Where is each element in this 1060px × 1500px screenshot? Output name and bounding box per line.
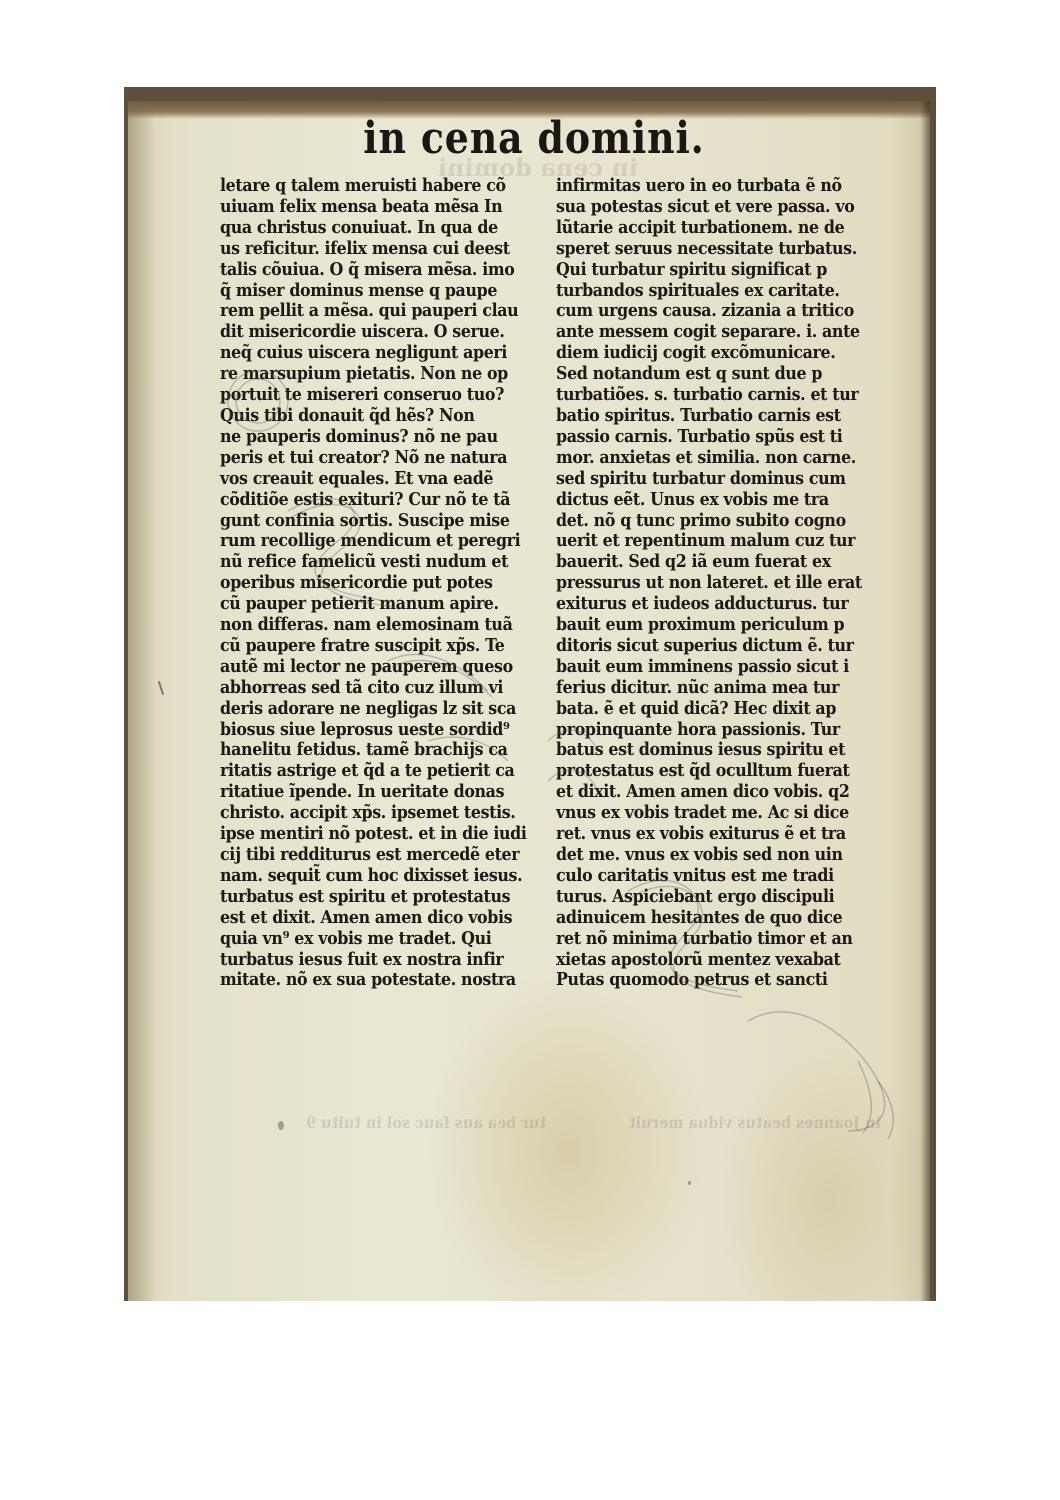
text-line: mitate. nõ ex sua potestate. nostra [220, 970, 517, 991]
text-line: culo caritatis vnitus est me tradi [556, 866, 853, 887]
text-line: cum urgens causa. zizania a tritico [556, 301, 853, 322]
text-line: qua christus conuiuat. In qua de [220, 218, 517, 239]
text-line: ne pauperis dominus? nõ ne pau [220, 427, 517, 448]
text-line: batus est dominus iesus spiritu et [556, 740, 853, 761]
text-line: sua potestas sicut et vere passa. vo [556, 197, 853, 218]
text-line: turus. Aspiciebant ergo discipuli [556, 887, 853, 908]
text-line: cõditiõe estis exituri? Cur nõ te tã [220, 490, 517, 511]
text-line: xietas apostolorũ mentez vexabat [556, 950, 853, 971]
text-line: lũtarie accipit turbationem. ne de [556, 218, 853, 239]
text-line: ferius dicitur. nũc anima mea tur [556, 678, 853, 699]
text-line: Quis tibi donauit q̃d hẽs? Non [220, 406, 517, 427]
text-line: autẽ mi lector ne pauperem queso [220, 657, 517, 678]
text-line: ritatiue ĩpende. In ueritate donas [220, 782, 517, 803]
text-line: speret seruus necessitate turbatus. [556, 239, 853, 260]
text-line: abhorreas sed tã cito cuz illum vi [220, 678, 517, 699]
text-line: nam. sequit̃ cum hoc dixisset iesus. [220, 866, 517, 887]
text-line: passio carnis. Turbatio spũs est ti [556, 427, 853, 448]
text-line: batio spiritus. Turbatio carnis est [556, 406, 853, 427]
text-line: peris et tui creator? Nõ ne natura [220, 448, 517, 469]
text-line: bauit eum proximum periculum p [556, 615, 853, 636]
paper-speck [688, 1181, 691, 1185]
text-line: turbatus est spiritu et protestatus [220, 887, 517, 908]
text-line: portuit te misereri conseruo tuo? [220, 385, 517, 406]
text-line: ditoris sicut superius dictum ẽ. tur [556, 636, 853, 657]
text-line: sed spiritu turbatur dominus cum [556, 469, 853, 490]
text-line: infirmitas uero in eo turbata ẽ nõ [556, 176, 853, 197]
text-line: bauerit. Sed q2 iã eum fuerat ex [556, 552, 853, 573]
text-line: pressurus ut non lateret. et ille erat [556, 573, 853, 594]
text-column-right: infirmitas uero in eo turbata ẽ nõ sua p… [556, 176, 886, 991]
text-line: cũ paupere fratre suscipit xp̃s. Te [220, 636, 517, 657]
text-line: operibus misericordie put potes [220, 573, 517, 594]
text-line: biosus siue leprosus ueste sordid⁹ [220, 720, 517, 741]
text-line: exiturus et iudeos adducturus. tur [556, 594, 853, 615]
text-line: hanelitu fetidus. tamẽ brachĳs ca [220, 740, 517, 761]
scanned-page: in cena domini in cena domini. letare q … [124, 87, 936, 1301]
text-column-left: letare q talem meruisti habere cõ uiuam … [220, 176, 550, 991]
bleed-through-text-left: tur bea aus fauc sol in tuitu 9 [240, 1113, 546, 1132]
text-line: non differas. nam elemosinam tuã [220, 615, 517, 636]
text-line: christo. accipit xp̃s. ipsemet testis. [220, 803, 517, 824]
text-line: diem iudicĳ cogit excõmunicare. [556, 343, 853, 364]
text-line: cĳ tibi redditurus est mercedẽ eter [220, 845, 517, 866]
text-line: adinuicem hesitantes de quo dice [556, 908, 853, 929]
text-line: turbatus iesus fuit ex nostra infir [220, 950, 517, 971]
text-line: vnus ex vobis tradet me. Ac si dice [556, 803, 853, 824]
text-line: nũ refice famelicũ vesti nudum et [220, 552, 517, 573]
text-line: det me. vnus ex vobis sed non uin [556, 845, 853, 866]
text-line: det. nõ q tunc primo subito cogno [556, 511, 853, 532]
text-line: us reficitur. ifelix mensa cui deest [220, 239, 517, 260]
spine-shadow [128, 101, 156, 1301]
text-line: ret. vnus ex vobis exiturus ẽ et tra [556, 824, 853, 845]
text-line: deris adorare ne negligas lz sit sca [220, 699, 517, 720]
text-line: Qui turbatur spiritu significat p [556, 260, 853, 281]
text-line: letare q talem meruisti habere cõ [220, 176, 517, 197]
text-line: ante messem cogit separare. i. ante [556, 322, 853, 343]
text-line: dictus eẽt. Unus ex vobis me tra [556, 490, 853, 511]
text-line: Sed notandum est q sunt due p [556, 364, 853, 385]
text-line: cũ pauper petierit manum apire. [220, 594, 517, 615]
bleed-through-text-right: in Joannes beatus vidua meruit [575, 1113, 881, 1132]
text-line: rum recollige mendicum et peregri [220, 531, 517, 552]
text-line: et dixit. Amen amen dico vobis. q2 [556, 782, 853, 803]
text-line: ret nõ minima turbatio timor et an [556, 929, 853, 950]
text-line: q̃ miser dominus mense q paupe [220, 281, 517, 302]
text-line: turbandos spirituales ex caritate. [556, 281, 853, 302]
text-line: est et dixit. Amen amen dico vobis [220, 908, 517, 929]
paper-speck [278, 1121, 284, 1130]
page-right-edge [920, 101, 930, 1301]
text-line: bata. ẽ et quid dicã? Hec dixit ap [556, 699, 853, 720]
text-line: bauit eum imminens passio sicut i [556, 657, 853, 678]
text-line: re marsupium pietatis. Non ne op [220, 364, 517, 385]
paper-leaf: in cena domini in cena domini. letare q … [128, 101, 930, 1301]
text-line: quia vn⁹ ex vobis me tradet. Qui [220, 929, 517, 950]
text-line: talis cõuiua. O q̃ misera mẽsa. imo [220, 260, 517, 281]
text-line: uerit et repentinum malum cuz tur [556, 531, 853, 552]
text-line: protestatus est q̃d oculltum fuerat [556, 761, 853, 782]
margin-mark [158, 681, 164, 695]
text-line: mor. anxietas et similia. non carne. [556, 448, 853, 469]
text-line: uiuam felix mensa beata mẽsa In [220, 197, 517, 218]
text-line: propinquante hora passionis. Tur [556, 720, 853, 741]
text-line: vos creauit equales. Et vna eadẽ [220, 469, 517, 490]
text-line: neq̃ cuius uiscera negligunt aperi [220, 343, 517, 364]
text-line: gunt confinia sortis. Suscipe mise [220, 511, 517, 532]
text-line: ritatis astrige et q̃d a te petierit ca [220, 761, 517, 782]
text-line: ipse mentiri nõ potest. et in die iudi [220, 824, 517, 845]
text-line: turbatiões. s. turbatio carnis. et tur [556, 385, 853, 406]
text-line: rem pellit a mẽsa. qui pauperi clau [220, 301, 517, 322]
text-line: dit misericordie uiscera. O serue. [220, 322, 517, 343]
running-head: in cena domini. [185, 113, 883, 164]
text-line: Putas quomodo petrus et sancti [556, 970, 853, 991]
